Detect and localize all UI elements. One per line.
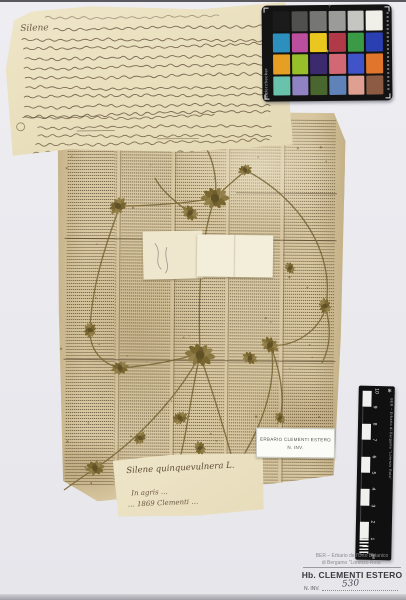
colorchecker-brand-label: colorchecker (263, 10, 269, 98)
blank-slip-right (197, 234, 274, 277)
colorchecker-patch (273, 76, 290, 96)
determination-label: Silene quinquevulnera L. In agris … … 18… (113, 451, 265, 519)
corner-mark (264, 8, 269, 13)
colorchecker-patch (366, 53, 383, 73)
newsprint-column (118, 118, 173, 485)
colorchecker-patch (310, 11, 327, 31)
colorchecker-patch (329, 11, 346, 31)
ruler-block (362, 391, 371, 408)
ruler-number: 5 (370, 472, 376, 475)
colorchecker-patch (347, 11, 364, 31)
ruler-number: 9 (372, 406, 378, 409)
ruler-number: 4 (370, 488, 376, 491)
colorchecker-patch (347, 32, 364, 52)
ruler-numbers: 109876543210 (370, 386, 384, 560)
ruler-block (360, 506, 369, 523)
colorchecker-patch (273, 11, 290, 31)
collector-line: … 1869 Clementi … (128, 498, 199, 509)
colorchecker-ruler-ticks (387, 12, 390, 92)
ruler-number: 1 (369, 537, 375, 540)
ruler-side-text: BER – Erbario di Bergamo "Lorenzo Rota" (386, 398, 393, 556)
species-name: Silene quinquevulnera L. (126, 461, 235, 476)
scale-ruler: 109876543210 cm BER – Erbario di Bergamo… (355, 386, 395, 561)
colorchecker-patch (292, 54, 309, 74)
herbarium-logo-icon: ✻ (387, 389, 391, 394)
ruler-block (362, 407, 371, 424)
corner-mark (385, 93, 390, 98)
colorchecker-patch (291, 33, 308, 53)
newsprint-column (172, 119, 227, 486)
ruler-number: 10 (373, 388, 379, 394)
colorchecker-patch (273, 54, 290, 74)
blank-slip-left (143, 230, 204, 279)
colorchecker-card: colorchecker x-rite + (262, 4, 393, 101)
colorchecker-patch (273, 33, 290, 53)
herbarium-scan: Silene colorchecker x-rite + Silene quin… (0, 0, 406, 600)
corner-mark (385, 6, 390, 11)
handwriting-ink (5, 2, 293, 156)
ruler-block (360, 522, 369, 539)
colorchecker-patch (311, 75, 328, 95)
inventory-label-line2: N. INV. (287, 444, 303, 449)
inventory-prefix: N. INV. (304, 586, 320, 592)
ruler-block (362, 424, 371, 441)
ruler-number: 6 (371, 455, 377, 458)
ruler-number: 2 (369, 521, 375, 524)
newsprint-column (64, 118, 118, 485)
colorchecker-patch (366, 10, 383, 30)
ruler-block (361, 473, 370, 490)
photo-bottom-edge (0, 594, 406, 600)
colorchecker-patch (366, 32, 383, 52)
colorchecker-center-mark: + (326, 49, 330, 55)
ruler-number: 3 (370, 504, 376, 507)
ruler-block (361, 456, 370, 473)
colorchecker-patch (310, 33, 327, 53)
colorchecker-patch (348, 75, 365, 95)
handwritten-note: Silene (5, 2, 293, 156)
colorchecker-patch (367, 75, 384, 95)
inventory-number-row: N. INV. 530 (300, 582, 404, 592)
locality-line: In agris … (131, 488, 168, 498)
colorchecker-patch (329, 75, 346, 95)
colorchecker-patch (329, 54, 346, 74)
ruler-block (361, 440, 370, 457)
catalogue-stamp-block: BER – Erbario dell'Orto Botanico di Berg… (300, 553, 404, 592)
divider (303, 567, 401, 568)
institution-line2: di Bergamo "Lorenzo Rota" (300, 560, 404, 567)
colorchecker-patch (310, 54, 327, 74)
colorchecker-patch (348, 54, 365, 74)
inventory-label-line1: ERBARIO CLEMENTI ESTERO (260, 436, 331, 442)
inventory-number-handwritten: 530 (342, 578, 360, 589)
colorchecker-patch (329, 32, 346, 52)
photo-top-edge (0, 0, 406, 2)
ruler-block (360, 489, 369, 506)
ruler-number: 7 (371, 439, 377, 442)
inventory-label: ERBARIO CLEMENTI ESTERO N. INV. (256, 428, 335, 459)
ruler-number: 8 (371, 422, 377, 425)
dotted-line (322, 590, 398, 591)
pencil-sketch (143, 230, 204, 279)
colorchecker-patch (291, 11, 308, 31)
pencil-mark: + (328, 4, 332, 10)
corner-mark (264, 95, 269, 100)
colorchecker-patch (292, 76, 309, 96)
